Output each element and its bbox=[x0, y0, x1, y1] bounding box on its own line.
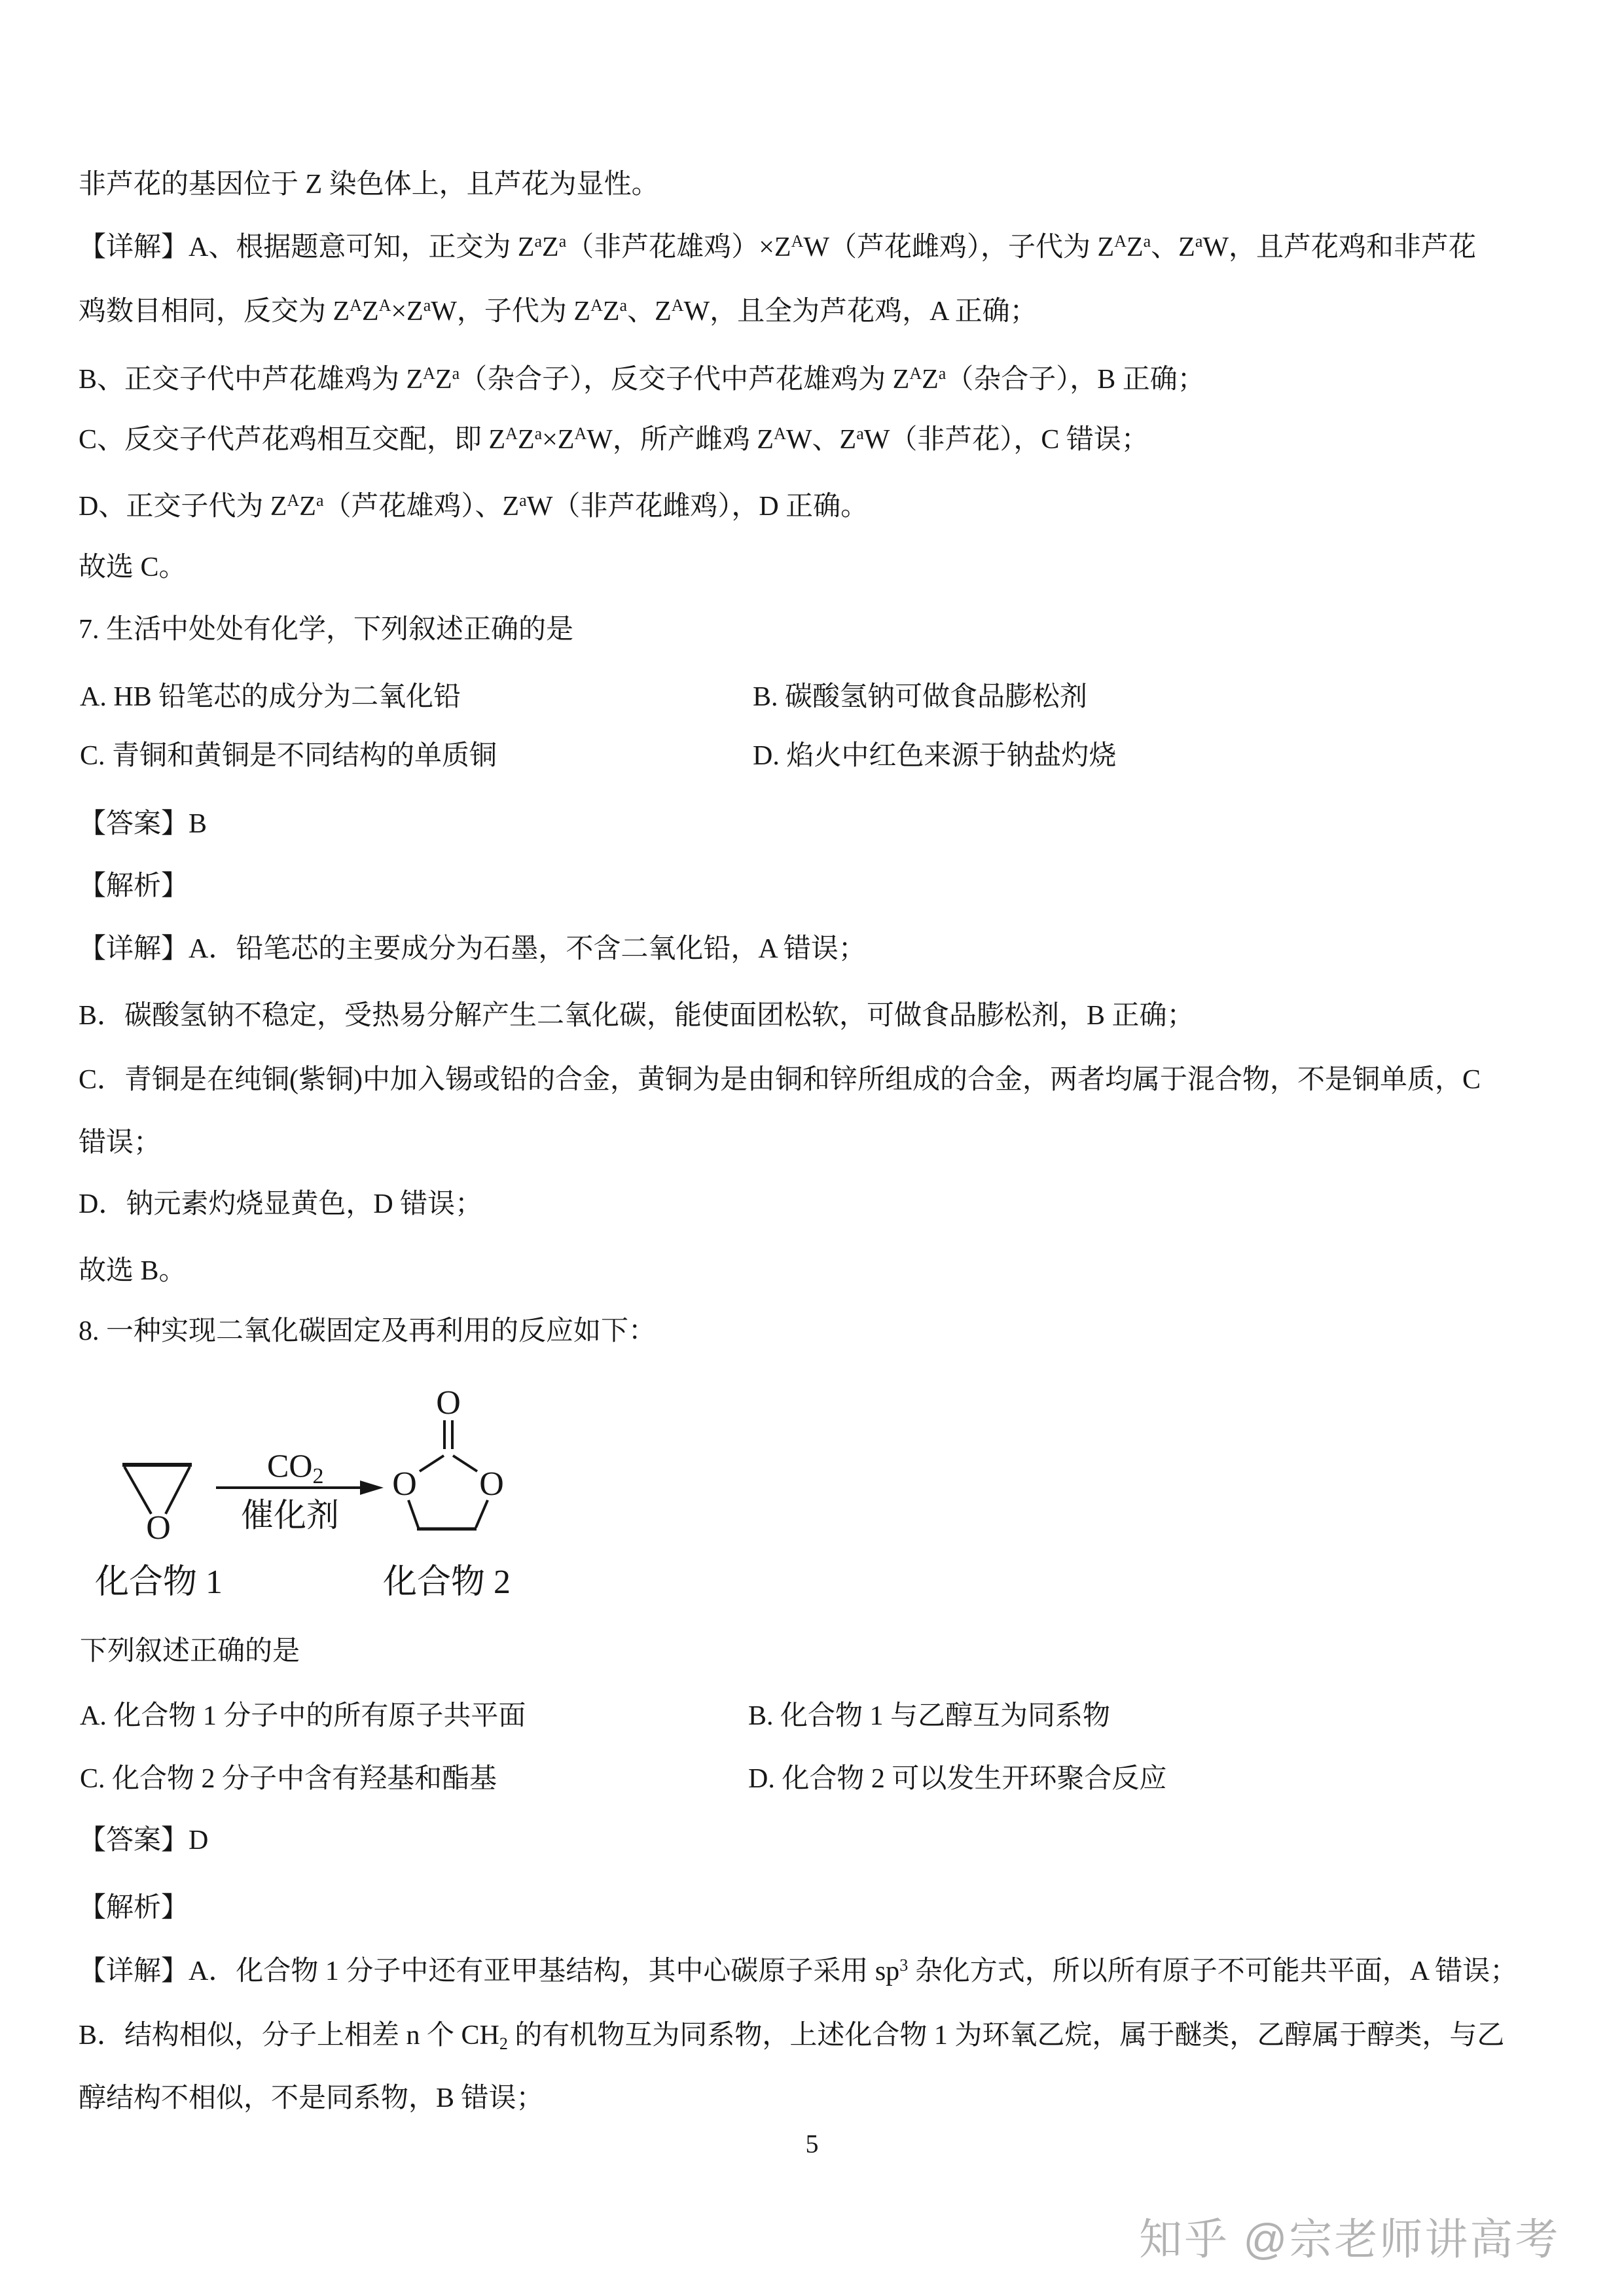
q6-detail-a-line1: 【详解】A、根据题意可知，正交为 ZaZa（非芦花雄鸡）×ZAW（芦花雌鸡），子… bbox=[79, 232, 1476, 263]
document-page: 非芦花的基因位于 Z 染色体上，且芦花为显性。【详解】A、根据题意可知，正交为 … bbox=[0, 0, 1624, 2296]
zhihu-watermark: 知乎 @宗老师讲高考 bbox=[1139, 2204, 1560, 2267]
q8-option-c: C. 化合物 2 分子中含有羟基和酯基 bbox=[80, 1763, 497, 1795]
catalyst-label: 催化剂 bbox=[241, 1497, 339, 1534]
q8-prompt: 下列叙述正确的是 bbox=[80, 1636, 300, 1667]
q8-detail-b-line1: B．结构相似，分子上相差 n 个 CH2 的有机物互为同系物，上述化合物 1 为… bbox=[79, 2020, 1504, 2051]
q6-detail-b: B、正交子代中芦花雄鸡为 ZAZa（杂合子），反交子代中芦花雄鸡为 ZAZa（杂… bbox=[79, 364, 1205, 395]
q7-answer: 【答案】B bbox=[79, 808, 207, 840]
compound-2-structure: O O O bbox=[392, 1384, 504, 1529]
q8-detail-b-line2: 醇结构不相似，不是同系物，B 错误； bbox=[79, 2083, 544, 2114]
q6-detail-c: C、反交子代芦花鸡相互交配，即 ZAZa×ZAW，所产雌鸡 ZAW、ZaW（非芦… bbox=[79, 424, 1149, 456]
q7-detail-d: D．钠元素灼烧显黄色，D 错误； bbox=[79, 1189, 482, 1220]
q7-detail-a: 【详解】A．铅笔芯的主要成分为石墨，不含二氧化铅，A 错误； bbox=[79, 933, 866, 965]
oxygen-atom: O bbox=[392, 1465, 417, 1503]
compound-2-label: 化合物 2 bbox=[383, 1564, 511, 1601]
q8-analysis-label: 【解析】 bbox=[79, 1892, 189, 1924]
co2-label: CO2 bbox=[267, 1447, 323, 1488]
q7-detail-c-line2: 错误； bbox=[79, 1127, 161, 1158]
q7-option-c: C. 青铜和黄铜是不同结构的单质铜 bbox=[80, 740, 497, 772]
q8-option-b: B. 化合物 1 与乙醇互为同系物 bbox=[748, 1700, 1110, 1732]
compound-1-structure: O bbox=[122, 1465, 192, 1547]
q7-detail-c-line1: C．青铜是在纯铜(紫铜)中加入锡或铅的合金，黄铜为是由铜和锌所组成的合金，两者均… bbox=[79, 1064, 1481, 1096]
oxygen-atom: O bbox=[146, 1509, 171, 1547]
q7-answer-choice: 故选 B。 bbox=[79, 1255, 187, 1287]
q7-option-b: B. 碳酸氢钠可做食品膨松剂 bbox=[753, 681, 1087, 713]
q7-detail-b: B．碳酸氢钠不稳定，受热易分解产生二氧化碳，能使面团松软，可做食品膨松剂，B 正… bbox=[79, 1000, 1195, 1031]
compound-1-label: 化合物 1 bbox=[95, 1564, 223, 1601]
oxygen-atom: O bbox=[436, 1384, 461, 1422]
q6-detail-a-line2: 鸡数目相同，反交为 ZAZA×ZaW，子代为 ZAZa、ZAW，且全为芦花鸡，A… bbox=[79, 296, 1038, 327]
q6-answer-choice: 故选 C。 bbox=[79, 552, 187, 583]
q8-option-d: D. 化合物 2 可以发生开环聚合反应 bbox=[748, 1763, 1166, 1795]
q6-detail-d: D、正交子代为 ZAZa（芦花雄鸡）、ZaW（非芦花雌鸡），D 正确。 bbox=[79, 491, 868, 522]
q8-detail-a: 【详解】A．化合物 1 分子中还有亚甲基结构，其中心碳原子采用 sp3 杂化方式… bbox=[79, 1956, 1517, 1987]
reaction-scheme-diagram: O CO2 催化剂 O O O 化合物 1 化合物 2 bbox=[79, 1381, 589, 1610]
q7-option-a: A. HB 铅笔芯的成分为二氧化铅 bbox=[80, 681, 461, 713]
oxygen-atom: O bbox=[479, 1465, 504, 1503]
q8-answer: 【答案】D bbox=[79, 1825, 208, 1856]
page-number: 5 bbox=[0, 2128, 1624, 2159]
q8-stem: 8. 一种实现二氧化碳固定及再利用的反应如下： bbox=[79, 1316, 656, 1347]
q7-option-d: D. 焰火中红色来源于钠盐灼烧 bbox=[753, 740, 1116, 772]
q7-stem: 7. 生活中处处有化学，下列叙述正确的是 bbox=[79, 614, 573, 645]
q6-conclusion-premise: 非芦花的基因位于 Z 染色体上，且芦花为显性。 bbox=[79, 169, 659, 200]
q8-option-a: A. 化合物 1 分子中的所有原子共平面 bbox=[80, 1700, 526, 1732]
q7-analysis-label: 【解析】 bbox=[79, 870, 189, 902]
